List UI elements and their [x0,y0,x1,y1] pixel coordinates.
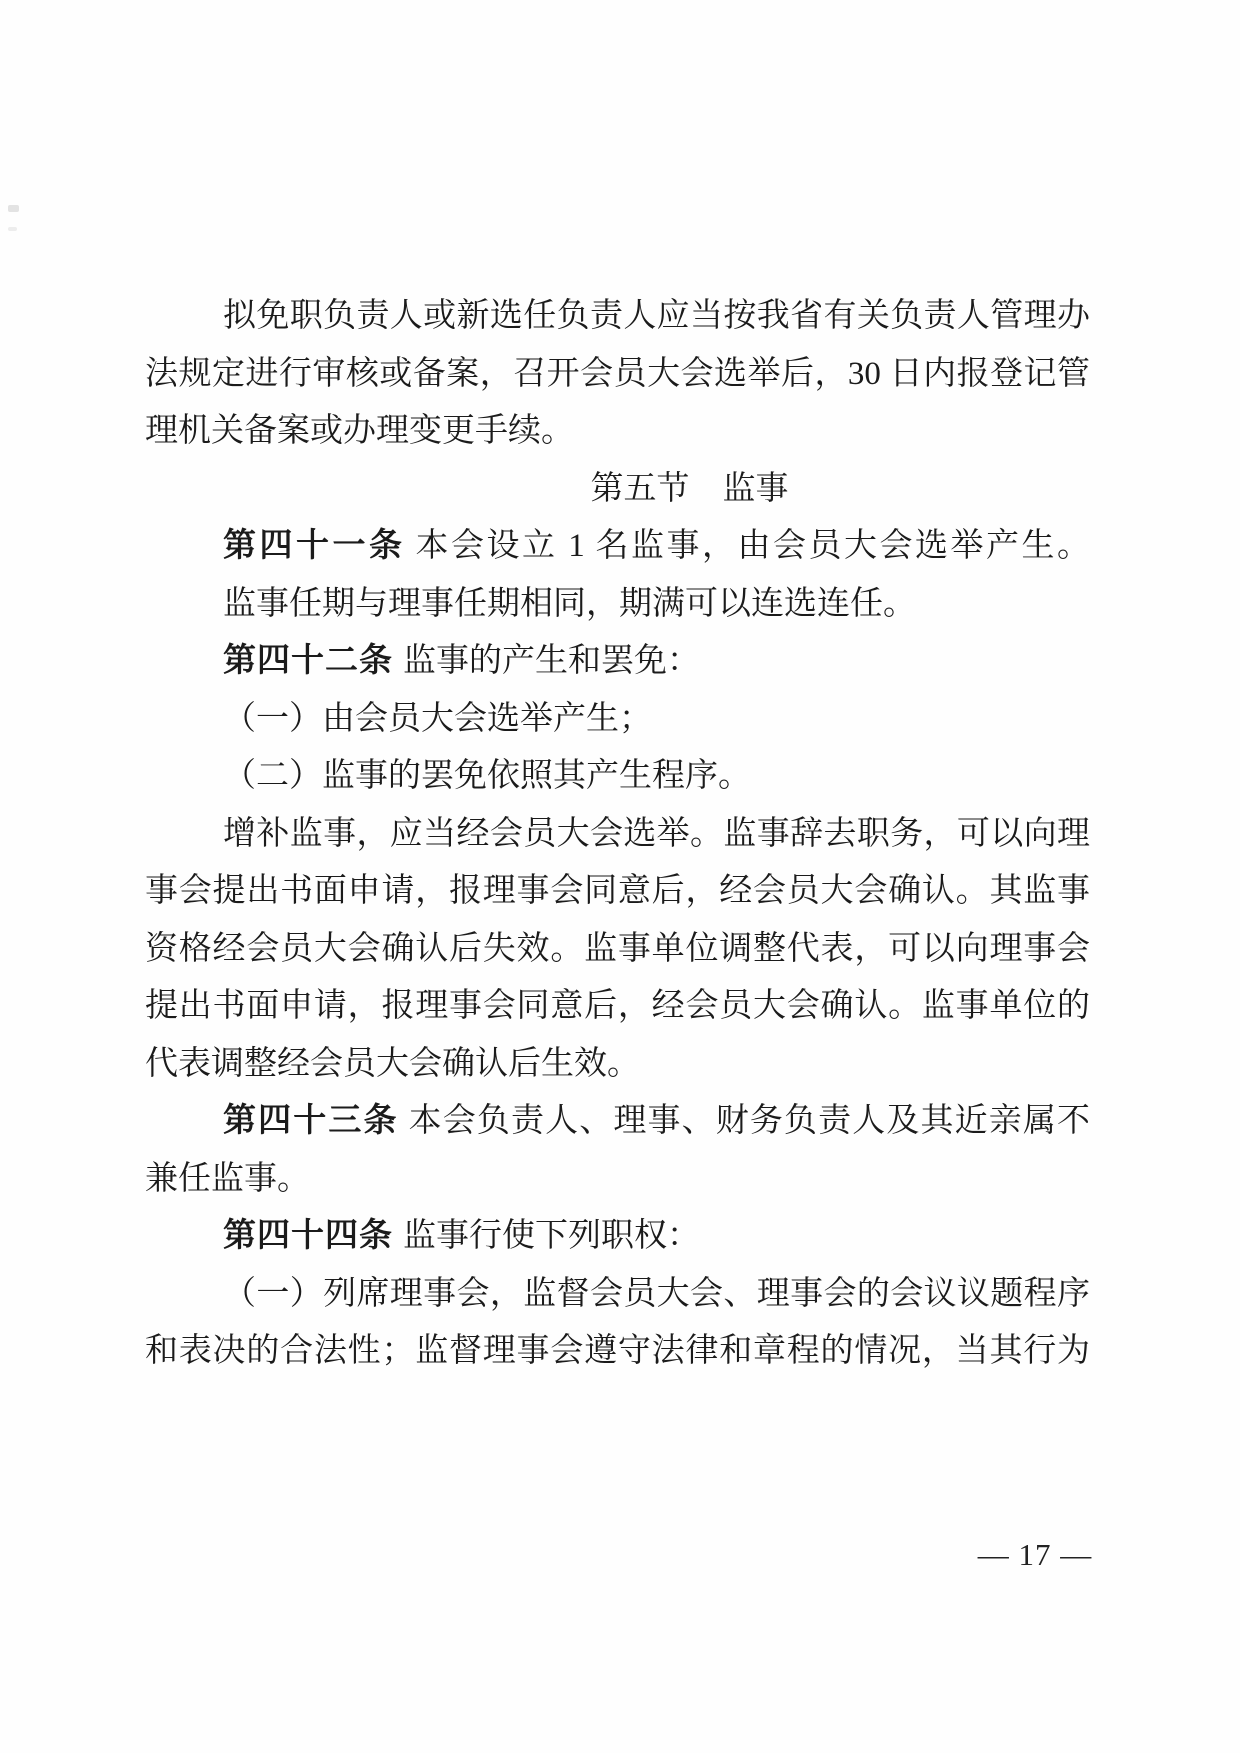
text-line: 兼任监事。 [145,1151,1090,1209]
text-line: 拟免职负责人或新选任负责人应当按我省有关负责人管理办 [145,288,1090,346]
text-line: 和表决的合法性；监督理事会遵守法律和章程的情况，当其行为 [145,1323,1090,1381]
article-number: 第四十二条 [223,643,393,679]
text-line: 事会提出书面申请，报理事会同意后，经会员大会确认。其监事 [145,863,1090,921]
text-line: 代表调整经会员大会确认后生效。 [145,1036,1090,1094]
section-heading: 第五节 监事 [217,461,1162,519]
text-line: （一）由会员大会选举产生； [145,691,1090,749]
text-line: 法规定进行审核或备案，召开会员大会选举后，30 日内报登记管 [145,346,1090,404]
text-line: 第四十三条本会负责人、理事、财务负责人及其近亲属不得 [145,1093,1090,1151]
text-line: 第四十一条本会设立 1 名监事，由会员大会选举产生。 [145,518,1090,576]
text-line: 增补监事，应当经会员大会选举。监事辞去职务，可以向理 [145,806,1090,864]
text-line: 第四十四条监事行使下列职权： [145,1208,1090,1266]
page-number: — 17 — [930,1537,1140,1573]
text-line: 资格经会员大会确认后失效。监事单位调整代表，可以向理事会 [145,921,1090,979]
document-body: 拟免职负责人或新选任负责人应当按我省有关负责人管理办法规定进行审核或备案，召开会… [145,288,1090,1381]
text-line: （二）监事的罢免依照其产生程序。 [145,748,1090,806]
text-line: 提出书面申请，报理事会同意后，经会员大会确认。监事单位的 [145,978,1090,1036]
text-line: 第四十二条监事的产生和罢免： [145,633,1090,691]
article-number: 第四十四条 [223,1218,393,1254]
scan-artifact [8,205,19,212]
text-line: （一）列席理事会，监督会员大会、理事会的会议议题程序 [145,1266,1090,1324]
article-number: 第四十三条 [223,1103,399,1139]
document-page: 拟免职负责人或新选任负责人应当按我省有关负责人管理办法规定进行审核或备案，召开会… [0,0,1240,1753]
article-number: 第四十一条 [223,528,406,564]
text-line: 监事任期与理事任期相同，期满可以连选连任。 [145,576,1090,634]
scan-artifact [8,227,17,231]
text-line: 理机关备案或办理变更手续。 [145,403,1090,461]
